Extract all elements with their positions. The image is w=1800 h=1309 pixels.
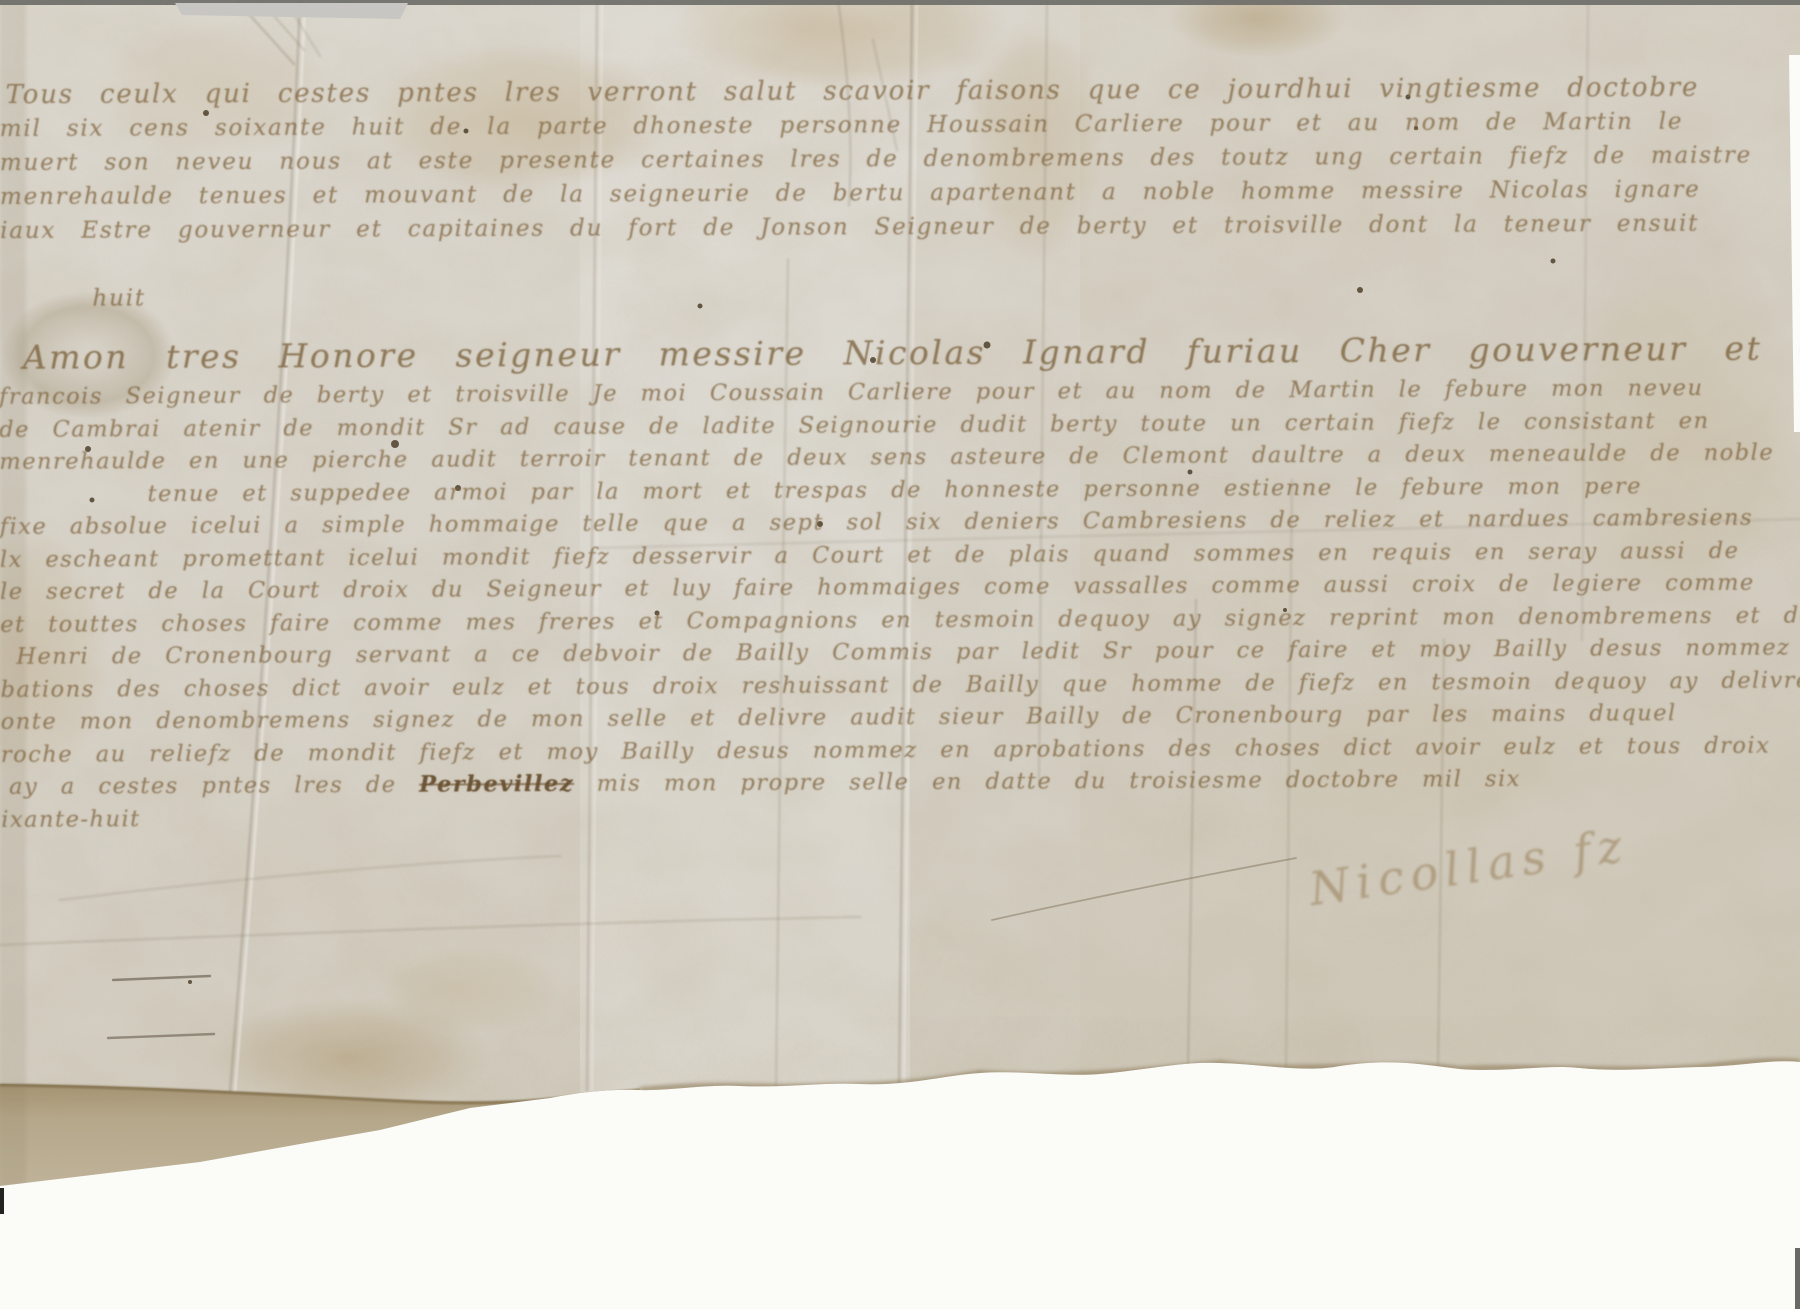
soiled-bottom-band	[0, 1084, 640, 1186]
scanned-parchment-document: Tous ceulx qui cestes pntes lres verront…	[0, 0, 1800, 1309]
parchment-graphic	[0, 0, 1800, 1309]
parchment-surface	[0, 0, 1800, 1309]
